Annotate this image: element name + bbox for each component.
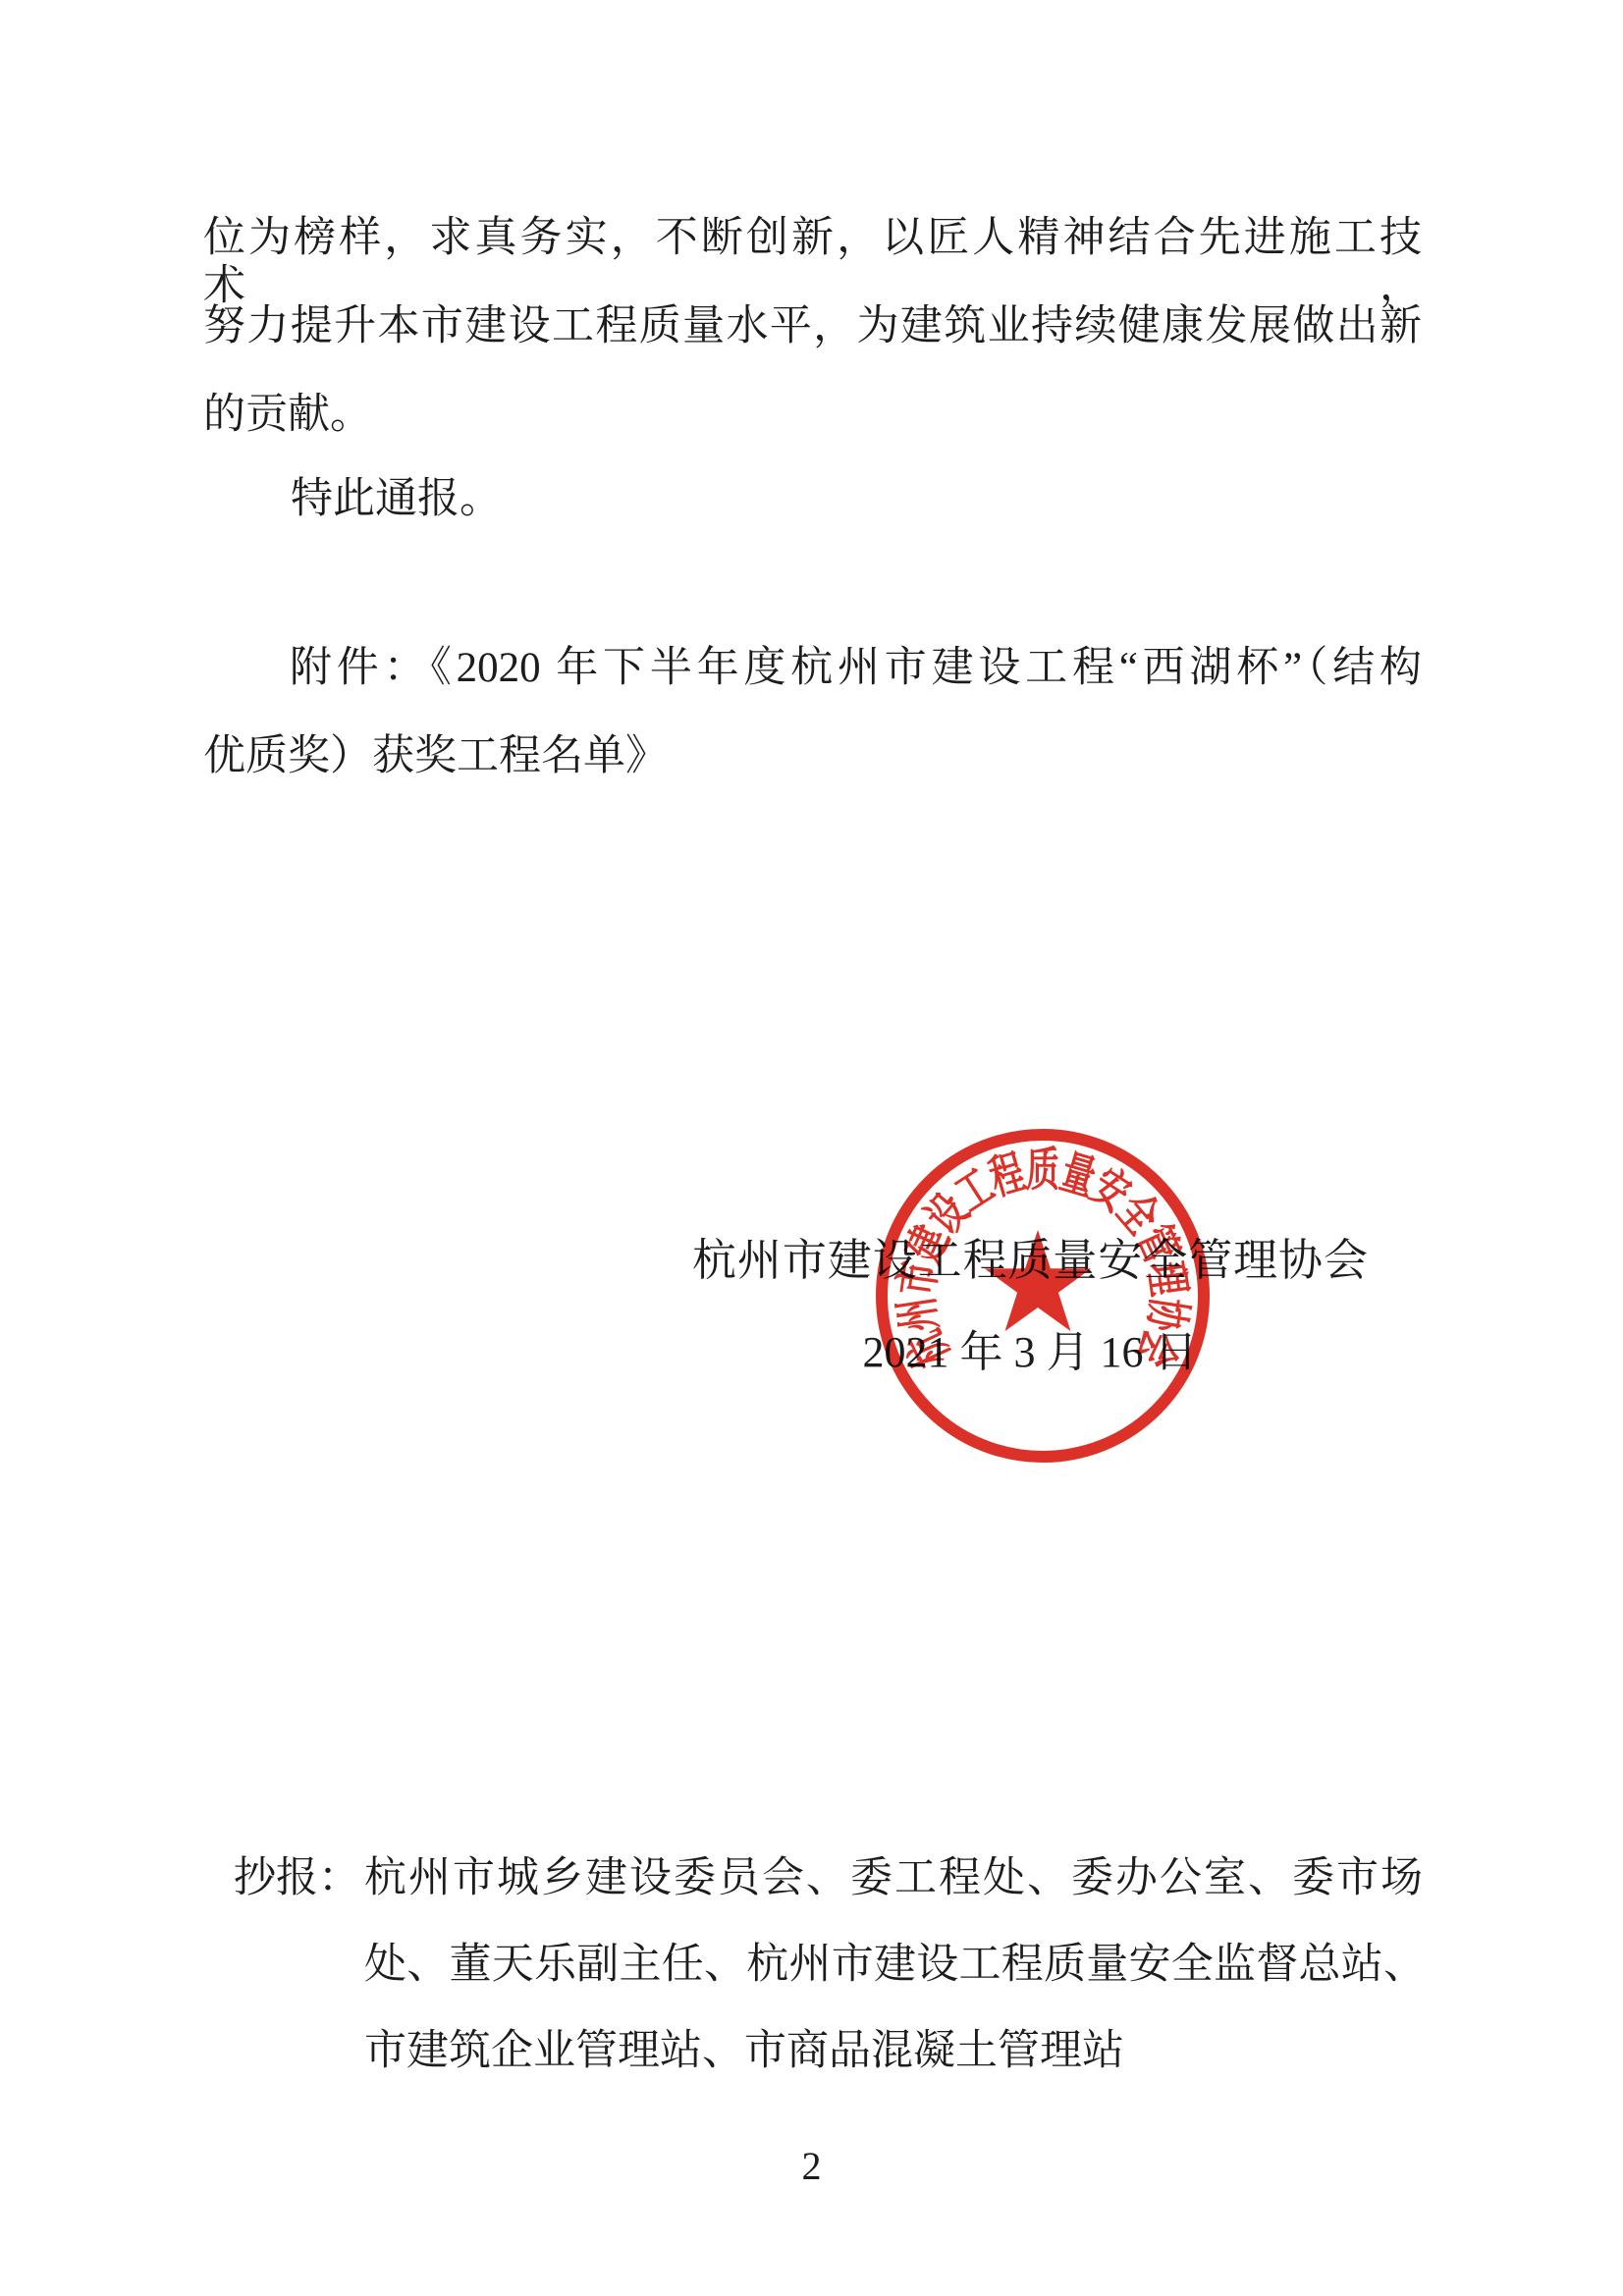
document-page: 位为榜样，求真务实，不断创新，以匠人精神结合先进施工技术， 努力提升本市建设工程… [0, 0, 1623, 2296]
official-seal: 杭州市建设工程质量安全管理协会 [856, 1109, 1229, 1482]
cc-label: 抄报： [234, 1854, 360, 1902]
seal-char: 质 [1026, 1145, 1059, 1197]
body-paragraph-line-2: 努力提升本市建设工程质量水平，为建筑业持续健康发展做出新 [203, 302, 1422, 350]
body-paragraph-line-3: 的贡献。 [203, 391, 372, 439]
attachment-line-2: 优质奖）获奖工程名单》 [203, 732, 668, 780]
seal-char: 理 [1139, 1258, 1195, 1299]
attachment-line-1: 附件：《2020 年下半年度杭州市建设工程“西湖杯”（结构 [203, 644, 1422, 692]
cc-line-2: 处、董天乐副主任、杭州市建设工程质量安全监督总站、 [364, 1941, 1426, 1989]
cc-line-3: 市建筑企业管理站、市商品混凝土管理站 [364, 2027, 1124, 2075]
cc-line-1: 杭州市城乡建设委员会、委工程处、委办公室、委市场 [364, 1854, 1423, 1902]
page-number: 2 [0, 2143, 1623, 2189]
notice-statement: 特此通报。 [291, 475, 502, 523]
body-paragraph-line-1: 位为榜样，求真务实，不断创新，以匠人精神结合先进施工技术， [203, 214, 1422, 311]
seal-star-icon [985, 1230, 1091, 1331]
